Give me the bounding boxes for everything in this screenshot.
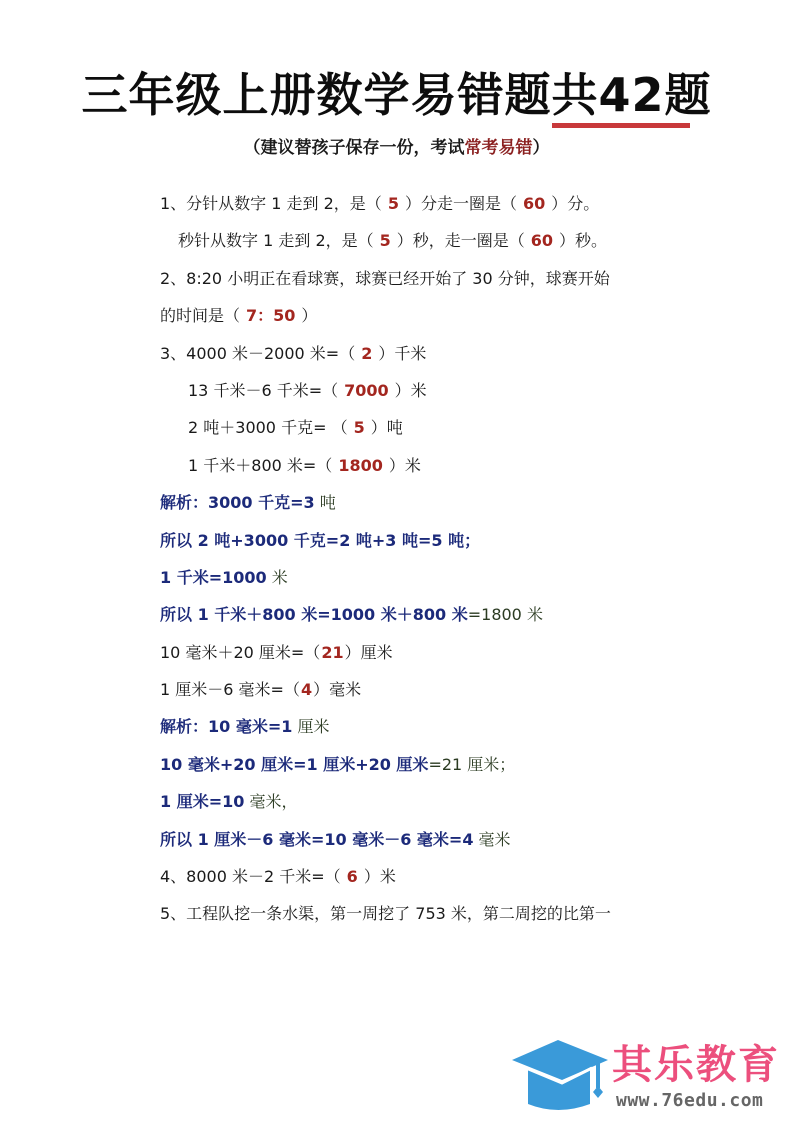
question-text: ）分走一圈是（ bbox=[405, 194, 517, 213]
explanation-text: 1 千米=1000 bbox=[160, 568, 267, 587]
explanation-text: 所以 2 吨+3000 千克=2 吨+3 吨=5 吨； bbox=[160, 531, 480, 550]
explanation-line: 所以 1 千米＋800 米=1000 米＋800 米=1800 米 bbox=[160, 601, 680, 638]
question-5-line-1: 5、工程队挖一条水渠，第一周挖了 753 米，第二周挖的比第一 bbox=[160, 900, 680, 937]
answer: 5 bbox=[382, 194, 405, 213]
explanation-line: 解析：3000 千克=3 吨 bbox=[160, 489, 680, 526]
title-underline bbox=[552, 123, 690, 128]
question-1-line-1: 1、分针从数字 1 走到 2，是（5）分走一圈是（60）分。 bbox=[160, 190, 680, 227]
subtitle-highlight: 常考易错 bbox=[465, 138, 533, 158]
question-text: 的时间是（ bbox=[160, 306, 240, 325]
explanation-tail: 毫米 bbox=[473, 830, 510, 849]
question-2-line-2: 的时间是（7：50） bbox=[160, 302, 680, 339]
question-text: 1 千米＋800 米=（ bbox=[188, 456, 332, 475]
question-text: ）分。 bbox=[551, 194, 599, 213]
brand-logo: 其乐教育 www.76edu.com bbox=[508, 1038, 788, 1118]
question-3-row-2: 13 千米－6 千米=（7000）米 bbox=[160, 377, 680, 414]
answer: 1800 bbox=[332, 456, 389, 475]
answer: 7：50 bbox=[240, 306, 301, 325]
question-3-row-5: 10 毫米＋20 厘米=（21）厘米 bbox=[160, 639, 680, 676]
explanation-tail: 吨 bbox=[315, 493, 336, 512]
explanation-text: 解析：10 毫米=1 bbox=[160, 717, 292, 736]
explanation-text: 1 厘米=10 bbox=[160, 792, 244, 811]
question-3-row-6: 1 厘米－6 毫米=（4）毫米 bbox=[160, 676, 680, 713]
answer: 4 bbox=[300, 680, 313, 699]
explanation-line: 10 毫米+20 厘米=1 厘米+20 厘米=21 厘米； bbox=[160, 751, 680, 788]
explanation-text: 10 毫米+20 厘米=1 厘米+20 厘米 bbox=[160, 755, 428, 774]
question-1-line-2: 秒针从数字 1 走到 2，是（5）秒，走一圈是（60）秒。 bbox=[160, 227, 680, 264]
explanation-text: 解析：3000 千克=3 bbox=[160, 493, 315, 512]
answer: 21 bbox=[320, 643, 344, 662]
answer: 6 bbox=[341, 867, 364, 886]
question-text: ）秒，走一圈是（ bbox=[397, 231, 525, 250]
question-3-row-1: 3、4000 米－2000 米=（2）千米 bbox=[160, 340, 680, 377]
explanation-line: 所以 2 吨+3000 千克=2 吨+3 吨=5 吨； bbox=[160, 527, 680, 564]
question-text: ）米 bbox=[395, 381, 427, 400]
subtitle-prefix: （建议替孩子保存一份，考试 bbox=[244, 138, 465, 158]
answer: 2 bbox=[355, 344, 378, 363]
question-3-row-4: 1 千米＋800 米=（1800）米 bbox=[160, 452, 680, 489]
explanation-tail: 毫米， bbox=[244, 792, 297, 811]
question-2-line-1: 2、8:20 小明正在看球赛，球赛已经开始了 30 分钟，球赛开始 bbox=[160, 265, 680, 302]
question-text: 秒针从数字 1 走到 2，是（ bbox=[178, 231, 374, 250]
question-text: 1、分针从数字 1 走到 2，是（ bbox=[160, 194, 382, 213]
brand-url: www.76edu.com bbox=[616, 1090, 763, 1111]
question-text: 3、4000 米－2000 米=（ bbox=[160, 344, 355, 363]
explanation-tail: =1800 米 bbox=[468, 605, 543, 624]
subtitle: （建议替孩子保存一份，考试常考易错） bbox=[0, 136, 793, 160]
explanation-tail: 米 bbox=[267, 568, 288, 587]
question-text: 1 厘米－6 毫米=（ bbox=[160, 680, 300, 699]
question-text: 10 毫米＋20 厘米=（ bbox=[160, 643, 320, 662]
question-text: 13 千米－6 千米=（ bbox=[188, 381, 338, 400]
explanation-line: 解析：10 毫米=1 厘米 bbox=[160, 713, 680, 750]
explanation-line: 1 千米=1000 米 bbox=[160, 564, 680, 601]
question-text: ）毫米 bbox=[313, 680, 361, 699]
page-title: 三年级上册数学易错题共42题 bbox=[0, 66, 793, 124]
answer: 60 bbox=[517, 194, 551, 213]
question-text: ）千米 bbox=[378, 344, 426, 363]
answer: 5 bbox=[348, 418, 371, 437]
explanation-tail: 厘米 bbox=[292, 717, 329, 736]
question-3-row-3: 2 吨＋3000 千克= （5）吨 bbox=[160, 414, 680, 451]
graduation-cap-icon bbox=[508, 1038, 614, 1114]
explanation-text: 所以 1 千米＋800 米=1000 米＋800 米 bbox=[160, 605, 468, 624]
answer: 7000 bbox=[338, 381, 395, 400]
question-text: 4、8000 米－2 千米=（ bbox=[160, 867, 341, 886]
explanation-line: 所以 1 厘米－6 毫米=10 毫米－6 毫米=4 毫米 bbox=[160, 826, 680, 863]
brand-name: 其乐教育 bbox=[612, 1042, 780, 1088]
question-text: ）米 bbox=[389, 456, 421, 475]
question-text: ）秒。 bbox=[559, 231, 607, 250]
question-text: ）厘米 bbox=[345, 643, 393, 662]
question-4: 4、8000 米－2 千米=（6）米 bbox=[160, 863, 680, 900]
explanation-tail: =21 厘米； bbox=[428, 755, 515, 774]
question-text: ）米 bbox=[364, 867, 396, 886]
question-list: 1、分针从数字 1 走到 2，是（5）分走一圈是（60）分。 秒针从数字 1 走… bbox=[160, 190, 680, 938]
explanation-line: 1 厘米=10 毫米， bbox=[160, 788, 680, 825]
question-text: ） bbox=[301, 306, 317, 325]
question-text: 2 吨＋3000 千克= （ bbox=[188, 418, 348, 437]
subtitle-suffix: ） bbox=[533, 138, 550, 158]
answer: 60 bbox=[525, 231, 559, 250]
explanation-text: 所以 1 厘米－6 毫米=10 毫米－6 毫米=4 bbox=[160, 830, 473, 849]
answer: 5 bbox=[374, 231, 397, 250]
question-text: ）吨 bbox=[371, 418, 403, 437]
